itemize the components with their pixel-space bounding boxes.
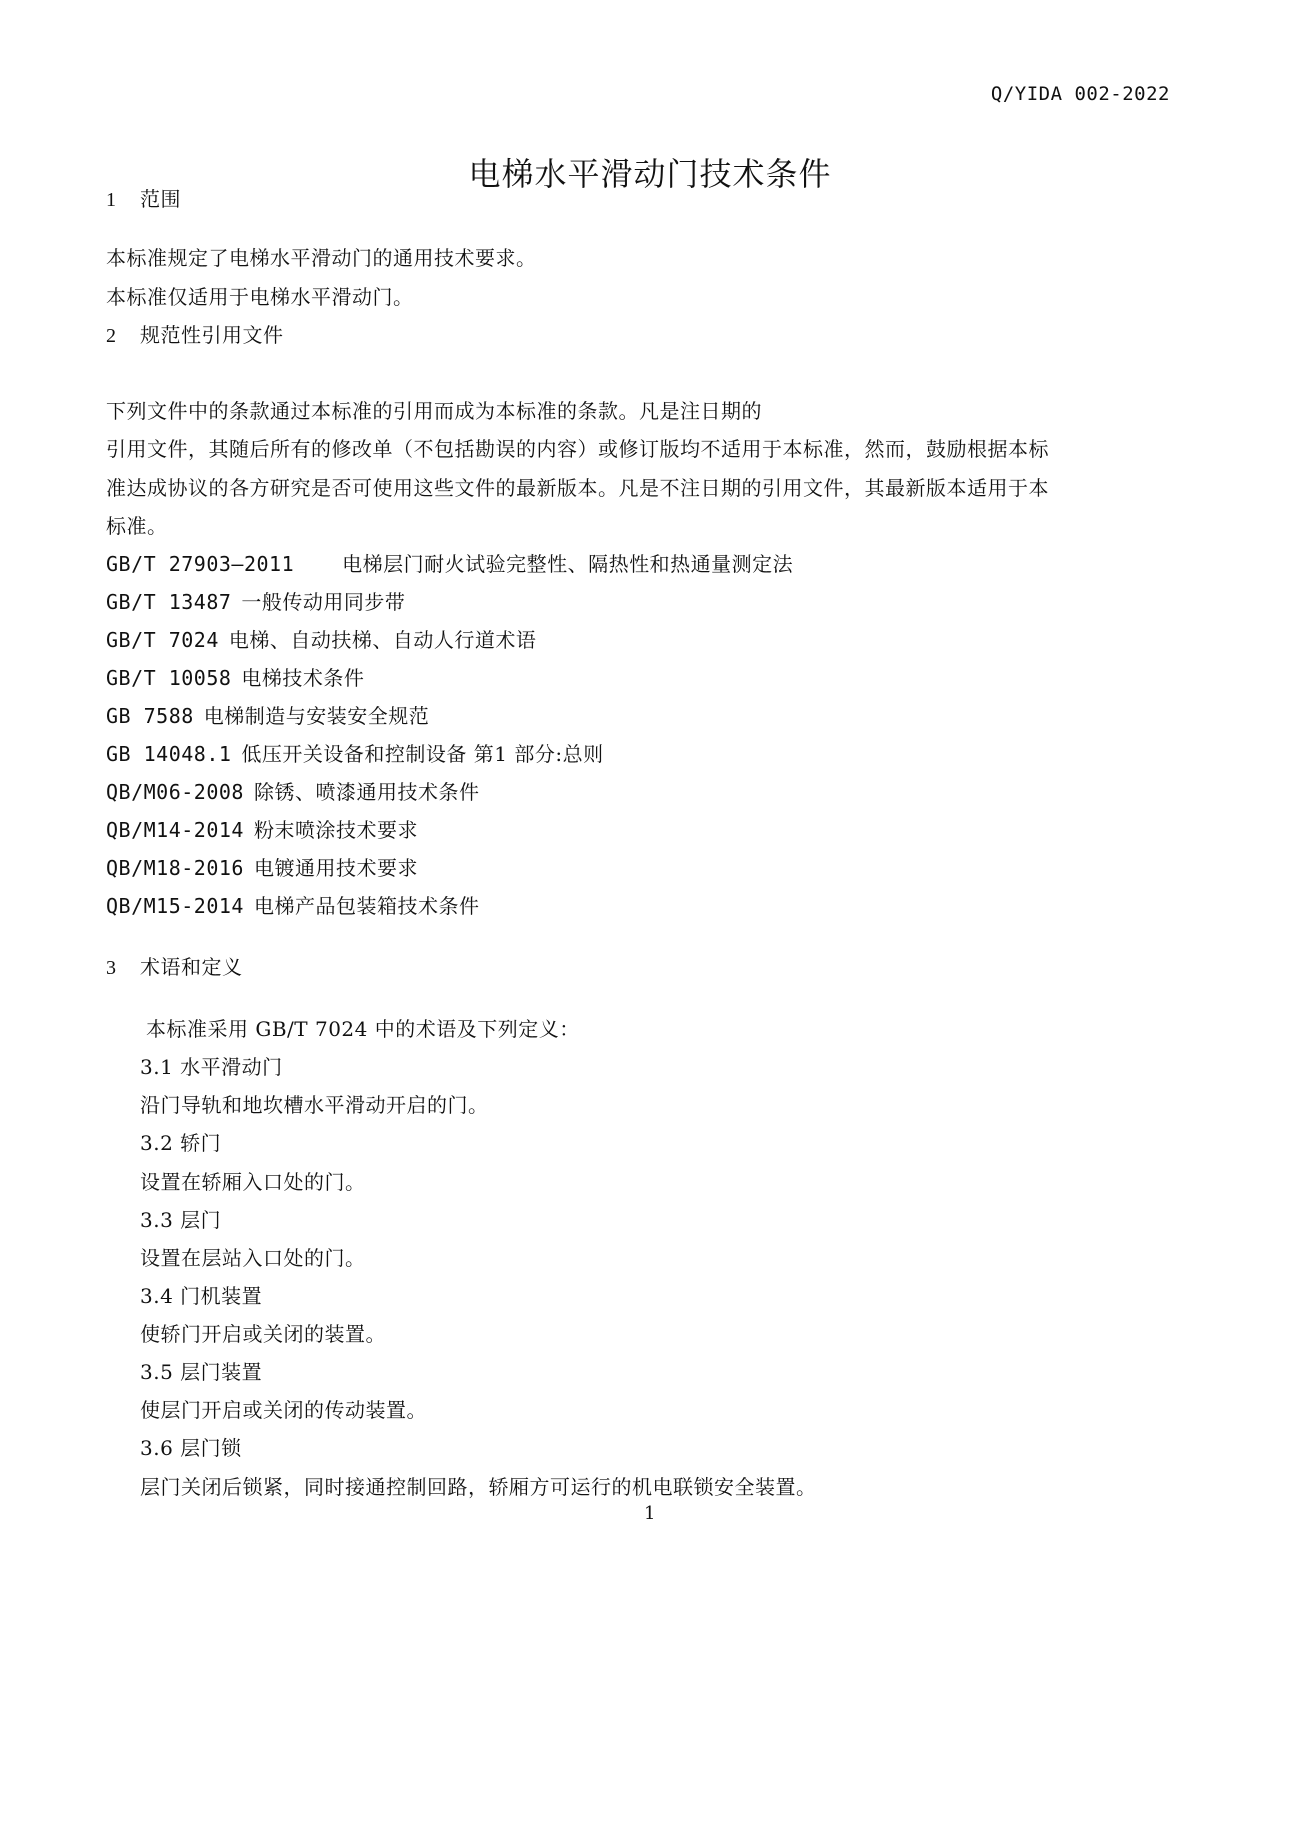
term-definition: 设置在轿厢入口处的门。 — [140, 1170, 366, 1194]
document-code: Q/YIDA 002-2022 — [991, 82, 1170, 106]
reference-code: GB/T 27903—2011 — [106, 552, 294, 576]
section-title: 范围 — [140, 187, 181, 211]
document-page: Q/YIDA 002-2022 电梯水平滑动门技术条件 1范围 本标准规定了电梯… — [0, 0, 1300, 1839]
paragraph: 本标准规定了电梯水平滑动门的通用技术要求。 — [106, 246, 537, 270]
term-heading: 3.3 层门 — [140, 1208, 221, 1232]
reference-code: QB/M15-2014 — [106, 894, 244, 918]
term-definition: 沿门导轨和地坎槽水平滑动开启的门。 — [140, 1093, 489, 1117]
term-heading: 3.1 水平滑动门 — [140, 1055, 283, 1079]
reference-item: GB 14048.1低压开关设备和控制设备 第1 部分:总则 — [106, 742, 604, 766]
term-heading: 3.6 层门锁 — [140, 1436, 242, 1460]
section-heading-scope: 1范围 — [106, 187, 181, 212]
reference-title: 粉末喷涂技术要求 — [254, 818, 418, 842]
reference-item: QB/M14-2014粉末喷涂技术要求 — [106, 818, 418, 842]
term-heading: 3.2 轿门 — [140, 1131, 221, 1155]
page-number: 1 — [0, 1502, 1300, 1526]
reference-item: GB/T 27903—2011电梯层门耐火试验完整性、隔热性和热通量测定法 — [106, 552, 793, 576]
reference-code: GB/T 7024 — [106, 628, 219, 652]
section-number: 2 — [106, 324, 140, 348]
section-heading-normative-references: 2规范性引用文件 — [106, 323, 284, 348]
reference-code: GB 14048.1 — [106, 742, 231, 766]
reference-title: 电梯产品包装箱技术条件 — [254, 894, 480, 918]
reference-code: GB/T 10058 — [106, 666, 231, 690]
terms-intro: 本标准采用 GB/T 7024 中的术语及下列定义： — [146, 1017, 580, 1041]
section-title: 术语和定义 — [140, 955, 243, 979]
reference-title: 电梯技术条件 — [241, 666, 364, 690]
reference-item: QB/M06-2008除锈、喷漆通用技术条件 — [106, 780, 479, 804]
reference-title: 一般传动用同步带 — [241, 590, 405, 614]
term-definition: 使层门开启或关闭的传动装置。 — [140, 1398, 427, 1422]
reference-item: QB/M15-2014电梯产品包装箱技术条件 — [106, 894, 479, 918]
reference-title: 电梯制造与安装安全规范 — [204, 704, 430, 728]
reference-item: GB/T 13487一般传动用同步带 — [106, 590, 405, 614]
reference-code: QB/M18-2016 — [106, 856, 244, 880]
reference-code: QB/M06-2008 — [106, 780, 244, 804]
reference-title: 低压开关设备和控制设备 第1 部分:总则 — [241, 742, 603, 766]
reference-item: GB/T 7024电梯、自动扶梯、自动人行道术语 — [106, 628, 536, 652]
term-heading: 3.4 门机装置 — [140, 1284, 262, 1308]
term-heading: 3.5 层门装置 — [140, 1360, 262, 1384]
section-heading-terms-and-definitions: 3术语和定义 — [106, 955, 243, 980]
paragraph-line: 下列文件中的条款通过本标准的引用而成为本标准的条款。凡是注日期的 — [106, 399, 762, 423]
paragraph-line: 引用文件，其随后所有的修改单（不包括勘误的内容）或修订版均不适用于本标准，然而，… — [106, 437, 1049, 461]
term-definition: 使轿门开启或关闭的装置。 — [140, 1322, 386, 1346]
reference-item: QB/M18-2016电镀通用技术要求 — [106, 856, 418, 880]
section-number: 3 — [106, 956, 140, 980]
paragraph: 本标准仅适用于电梯水平滑动门。 — [106, 285, 414, 309]
reference-title: 电镀通用技术要求 — [254, 856, 418, 880]
reference-title: 电梯层门耐火试验完整性、隔热性和热通量测定法 — [342, 552, 793, 576]
term-definition: 设置在层站入口处的门。 — [140, 1246, 366, 1270]
term-definition: 层门关闭后锁紧，同时接通控制回路，轿厢方可运行的机电联锁安全装置。 — [140, 1475, 817, 1499]
section-title: 规范性引用文件 — [140, 323, 284, 347]
reference-code: QB/M14-2014 — [106, 818, 244, 842]
reference-item: GB/T 10058电梯技术条件 — [106, 666, 364, 690]
reference-title: 除锈、喷漆通用技术条件 — [254, 780, 480, 804]
reference-title: 电梯、自动扶梯、自动人行道术语 — [229, 628, 537, 652]
reference-code: GB/T 13487 — [106, 590, 231, 614]
paragraph-line: 标准。 — [106, 514, 168, 538]
document-title: 电梯水平滑动门技术条件 — [0, 156, 1300, 192]
paragraph-line: 准达成协议的各方研究是否可使用这些文件的最新版本。凡是不注日期的引用文件，其最新… — [106, 476, 1049, 500]
reference-code: GB 7588 — [106, 704, 194, 728]
section-number: 1 — [106, 188, 140, 212]
reference-item: GB 7588电梯制造与安装安全规范 — [106, 704, 429, 728]
